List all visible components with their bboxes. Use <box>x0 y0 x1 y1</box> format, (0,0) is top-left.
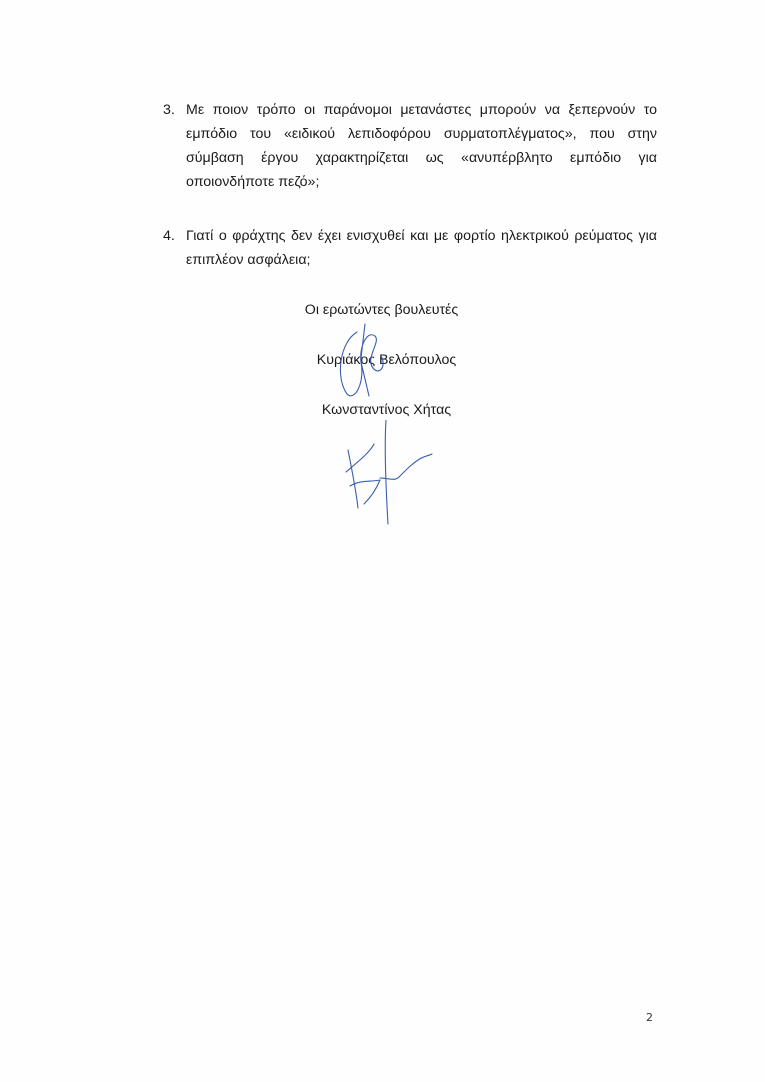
document-page: 3. Με ποιον τρόπο οι παράνομοι μετανάστε… <box>0 0 765 1082</box>
question-4: 4. Γιατί ο φράχτης δεν έχει ενισχυθεί κα… <box>163 224 657 272</box>
closing-line: Οι ερωτώντες βουλευτές <box>0 300 764 320</box>
question-text: Γιατί ο φράχτης δεν έχει ενισχυθεί και μ… <box>186 224 657 272</box>
signatory-name-2: Κωνσταντίνος Χήτας <box>4 400 765 420</box>
signatory-name-1: Κυριάκος Βελόπουλος <box>4 350 765 370</box>
signature-2-icon <box>340 420 440 530</box>
question-3: 3. Με ποιον τρόπο οι παράνομοι μετανάστε… <box>163 98 657 194</box>
page-number: 2 <box>646 1011 653 1024</box>
question-number: 3. <box>163 98 175 122</box>
question-number: 4. <box>163 224 175 248</box>
question-text: Με ποιον τρόπο οι παράνομοι μετανάστες μ… <box>186 98 657 194</box>
